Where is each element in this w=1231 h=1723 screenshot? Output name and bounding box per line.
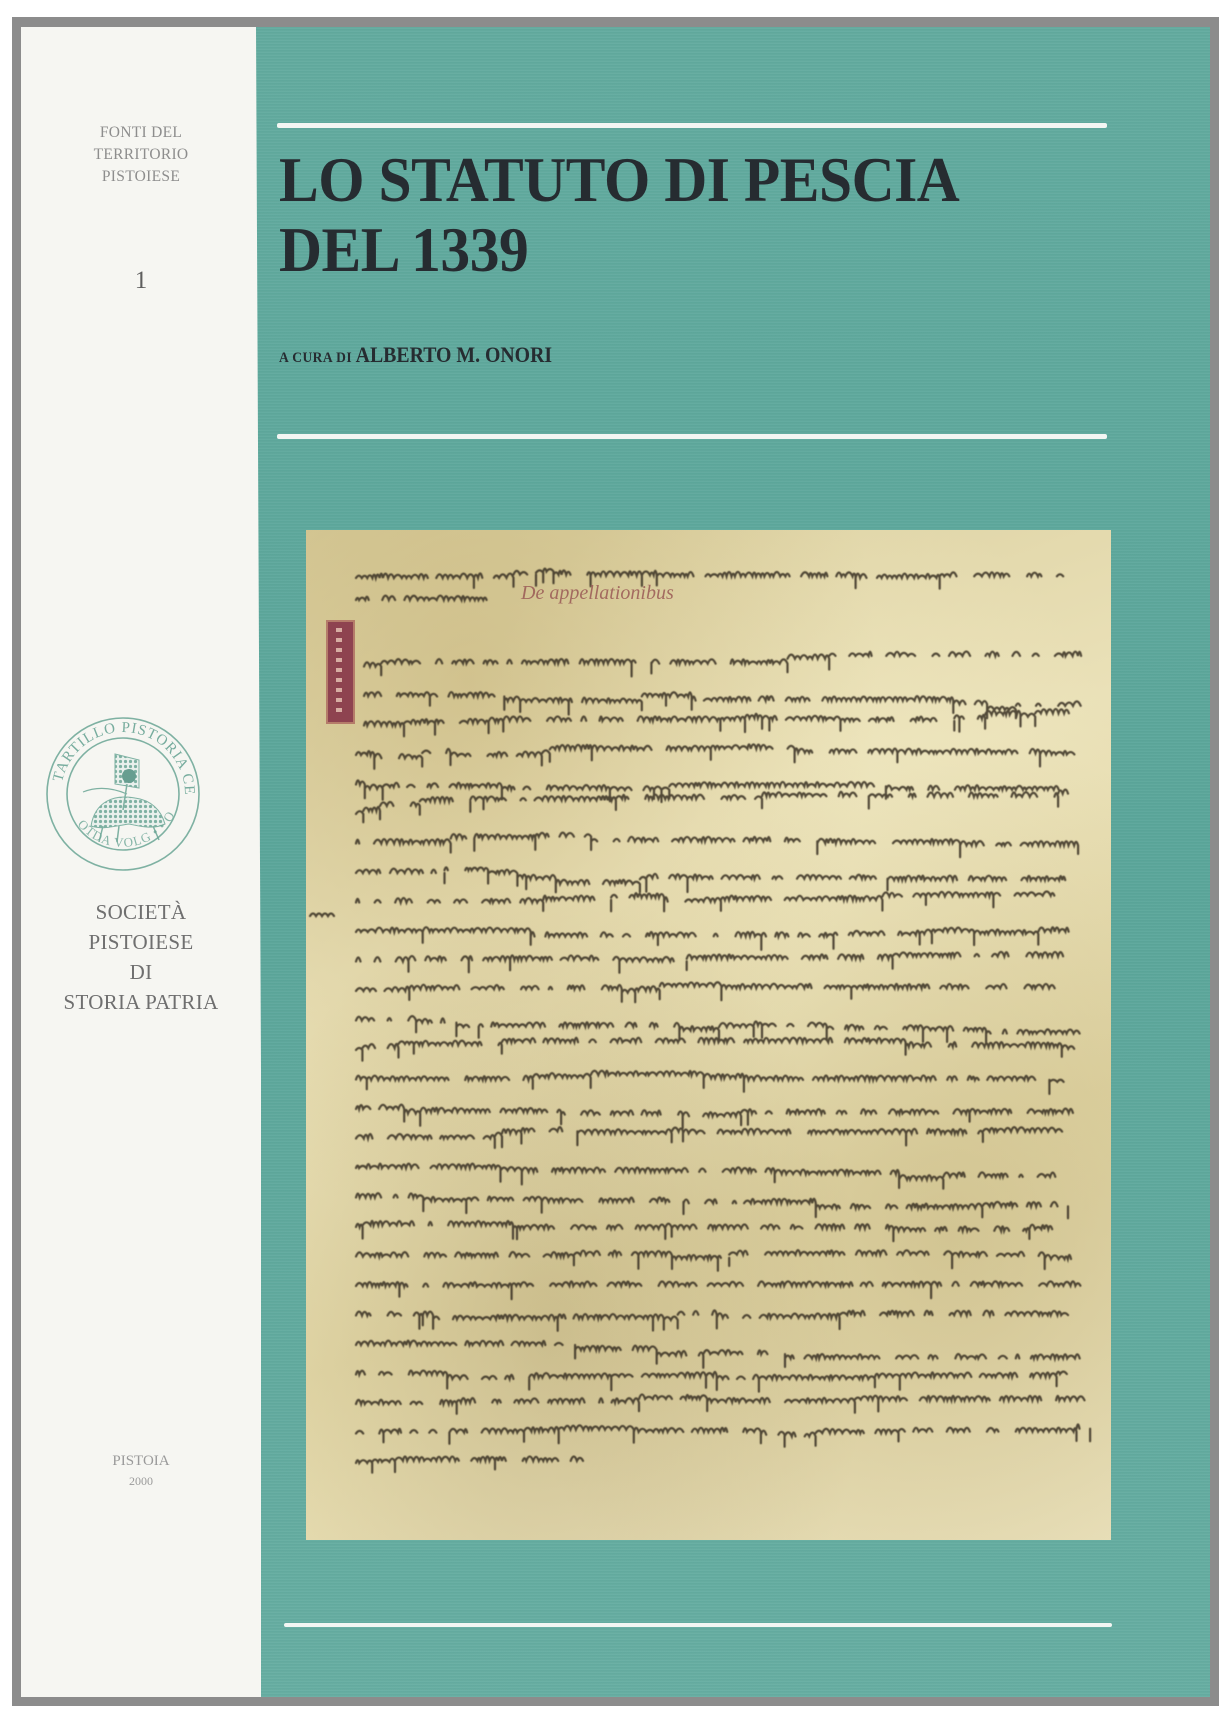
left-white-panel: FONTI DEL TERRITORIO PISTOIESE 1 TARTILL… <box>21 27 261 1697</box>
publisher-line: SOCIETÀ <box>21 897 261 927</box>
publisher-line: DI <box>21 957 261 987</box>
publisher-line: PISTOIESE <box>21 927 261 957</box>
imprint-place: PISTOIA <box>21 1451 261 1471</box>
book-title: LO STATUTO DI PESCIA DEL 1339 <box>279 145 1116 285</box>
series-line: TERRITORIO <box>21 144 261 166</box>
middle-rule <box>277 434 1107 439</box>
editor-prefix: A CURA DI <box>279 350 352 366</box>
top-rule <box>277 123 1107 128</box>
book-cover: FONTI DEL TERRITORIO PISTOIESE 1 TARTILL… <box>21 27 1210 1697</box>
imprint-year: 2000 <box>21 1471 261 1491</box>
illuminated-initial-icon <box>326 620 355 724</box>
title-line-2: DEL 1339 <box>279 215 1116 285</box>
publisher-line: STORIA PATRIA <box>21 987 261 1017</box>
editor-name: ALBERTO M. ONORI <box>356 342 552 367</box>
series-line: PISTOIESE <box>21 166 261 188</box>
imprint: PISTOIA 2000 <box>21 1451 261 1491</box>
editor-credit: A CURA DI ALBERTO M. ONORI <box>279 342 552 368</box>
seal-icon: TARTILLO PISTORIA CELO OTDA VOLG • • OTR… <box>43 714 203 874</box>
series-number: 1 <box>21 267 261 295</box>
series-line: FONTI DEL <box>21 122 261 144</box>
manuscript-script-icon <box>306 530 1111 1540</box>
publisher-name: SOCIETÀ PISTOIESE DI STORIA PATRIA <box>21 897 261 1017</box>
title-line-1: LO STATUTO DI PESCIA <box>279 145 1116 215</box>
manuscript-rubric: De appellationibus <box>521 582 674 605</box>
manuscript-image: De appellationibus <box>306 530 1111 1540</box>
series-title: FONTI DEL TERRITORIO PISTOIESE <box>21 122 261 188</box>
bottom-rule <box>284 1623 1112 1627</box>
